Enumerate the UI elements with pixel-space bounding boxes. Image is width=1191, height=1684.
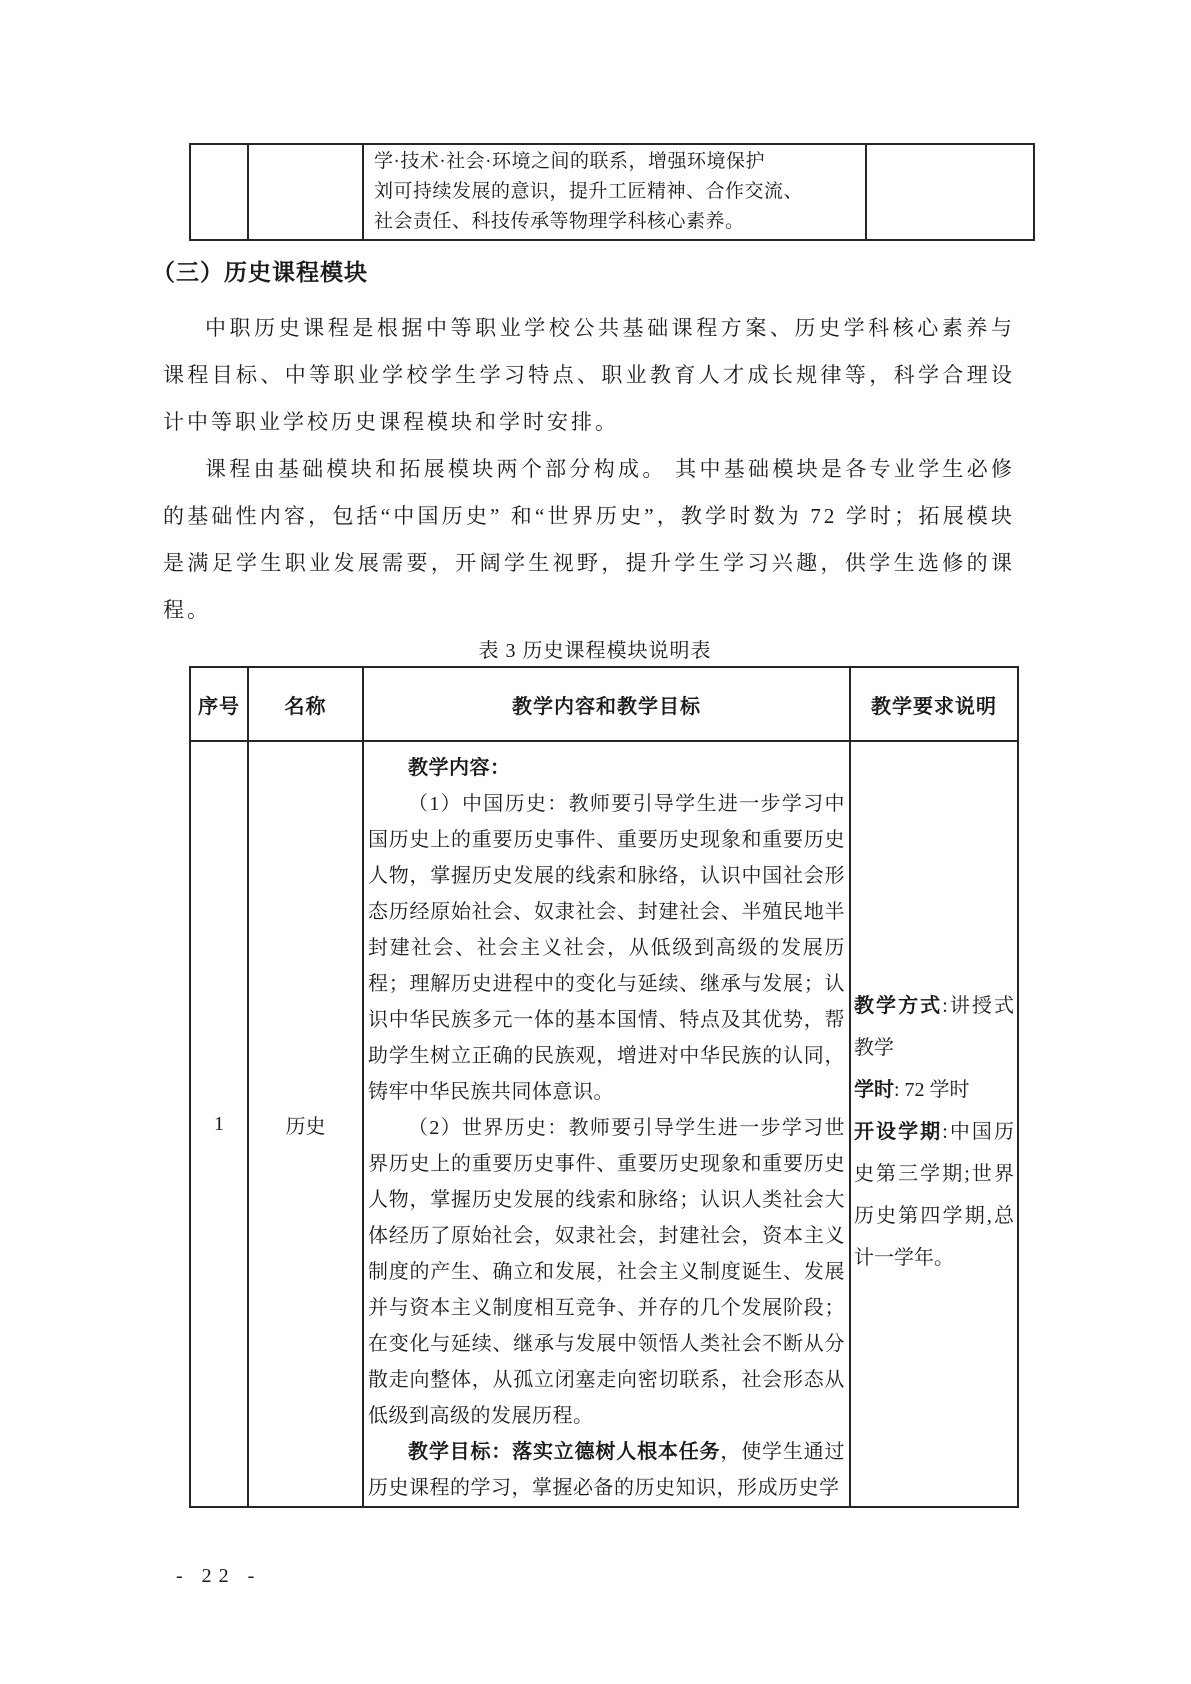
col-header-name: 名称 — [248, 667, 363, 741]
carryover-table: 学·技术·社会·环境之间的联系，增强环境保护 刘可持续发展的意识，提升工匠精神、… — [189, 143, 1035, 241]
history-module-table: 序号 名称 教学内容和教学目标 教学要求说明 1 历史 教学内容： （1）中国历… — [189, 666, 1019, 1508]
carryover-content-cell: 学·技术·社会·环境之间的联系，增强环境保护 刘可持续发展的意识，提升工匠精神、… — [363, 144, 866, 240]
content-label-text: 教学内容： — [408, 757, 511, 779]
req-semester: 开设学期:中国历史第三学期;世界历史第四学期,总计一学年。 — [854, 1111, 1014, 1279]
requirements-block: 教学方式:讲授式教学 学时: 72 学时 开设学期:中国历史第三学期;世界历史第… — [854, 985, 1014, 1279]
table-row: 1 历史 教学内容： （1）中国历史：教师要引导学生进一步学习中国历史上的重要历… — [190, 741, 1018, 1507]
req-method: 教学方式:讲授式教学 — [854, 985, 1014, 1069]
req-semester-label: 开设学期 — [854, 1121, 942, 1143]
content-goal: 教学目标：落实立德树人根本任务，使学生通过历史课程的学习，掌握必备的历史知识，形… — [368, 1434, 845, 1506]
paragraph: 课程由基础模块和拓展模块两个部分构成。 其中基础模块是各专业学生必修的基础性内容… — [163, 446, 1015, 634]
req-hours-label: 学时 — [854, 1079, 894, 1101]
col-header-req: 教学要求说明 — [850, 667, 1018, 741]
row-seq-cell: 1 — [190, 741, 248, 1507]
table-header-row: 序号 名称 教学内容和教学目标 教学要求说明 — [190, 667, 1018, 741]
section-heading: （三）历史课程模块 — [152, 254, 368, 287]
carryover-req-cell — [866, 144, 1034, 240]
carryover-name-cell — [248, 144, 363, 240]
req-hours: 学时: 72 学时 — [854, 1069, 1014, 1111]
page-number: - 22 - — [176, 1565, 261, 1588]
col-header-seq: 序号 — [190, 667, 248, 741]
row-requirements-cell: 教学方式:讲授式教学 学时: 72 学时 开设学期:中国历史第三学期;世界历史第… — [850, 741, 1018, 1507]
goal-label: 教学目标：落实立德树人根本任务 — [408, 1441, 720, 1463]
paragraph: 中职历史课程是根据中等职业学校公共基础课程方案、历史学科核心素养与课程目标、中等… — [163, 305, 1015, 446]
content-paragraph-world: （2）世界历史：教师要引导学生进一步学习世界历史上的重要历史事件、重要历史现象和… — [368, 1110, 845, 1434]
row-content-cell: 教学内容： （1）中国历史：教师要引导学生进一步学习中国历史上的重要历史事件、重… — [363, 741, 850, 1507]
content-label: 教学内容： — [368, 750, 845, 786]
table-row: 学·技术·社会·环境之间的联系，增强环境保护 刘可持续发展的意识，提升工匠精神、… — [190, 144, 1034, 240]
row-name-cell: 历史 — [248, 741, 363, 1507]
req-method-label: 教学方式 — [854, 995, 942, 1017]
table-caption: 表 3 历史课程模块说明表 — [189, 634, 1001, 663]
req-semester-value: :中国历史第三学期;世界历史第四学期,总计一学年。 — [854, 1121, 1014, 1269]
carryover-seq-cell — [190, 144, 248, 240]
content-paragraph-china: （1）中国历史：教师要引导学生进一步学习中国历史上的重要历史事件、重要历史现象和… — [368, 786, 845, 1110]
col-header-content: 教学内容和教学目标 — [363, 667, 850, 741]
document-page: 学·技术·社会·环境之间的联系，增强环境保护 刘可持续发展的意识，提升工匠精神、… — [0, 0, 1191, 1684]
req-hours-value: : 72 学时 — [894, 1079, 970, 1101]
section-body: 中职历史课程是根据中等职业学校公共基础课程方案、历史学科核心素养与课程目标、中等… — [163, 305, 1015, 634]
